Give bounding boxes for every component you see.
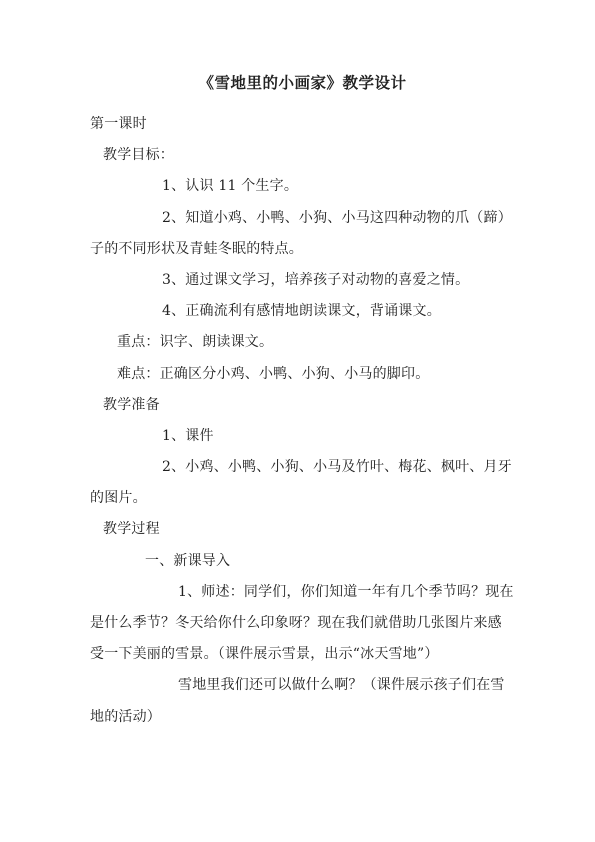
text-line-intro-2-wrap: 地的活动） xyxy=(90,702,515,733)
text-line-process-heading: 教学过程 xyxy=(103,514,515,545)
document-page: 《雪地里的小画家》教学设计 第一课时 教学目标： 1、认识 11 个生字。 2、… xyxy=(0,0,595,842)
text-line-prep-1: 1、课件 xyxy=(162,421,515,452)
text-line-intro-2: 雪地里我们还可以做什么啊？（课件展示孩子们在雪 xyxy=(178,670,515,701)
text-line-intro-1-wrap-a: 是什么季节？冬天给你什么印象呀？现在我们就借助几张图片来感 xyxy=(90,608,515,639)
text-line-goal-3: 3、通过课文学习，培养孩子对动物的喜爱之情。 xyxy=(162,265,515,296)
document-title: 《雪地里的小画家》教学设计 xyxy=(90,68,515,98)
document-content: 《雪地里的小画家》教学设计 第一课时 教学目标： 1、认识 11 个生字。 2、… xyxy=(90,68,515,733)
text-line-goal-2-wrap: 子的不同形状及青蛙冬眠的特点。 xyxy=(90,234,515,265)
text-line-goal-4: 4、正确流利有感情地朗读课文，背诵课文。 xyxy=(162,296,515,327)
text-line-prep-2-wrap: 的图片。 xyxy=(90,483,515,514)
text-line-prep-2: 2、小鸡、小鸭、小狗、小马及竹叶、梅花、枫叶、月牙 xyxy=(162,452,515,483)
text-line-section-lesson1: 第一课时 xyxy=(90,109,515,140)
text-line-goal-2: 2、知道小鸡、小鸭、小狗、小马这四种动物的爪（蹄） xyxy=(162,203,515,234)
text-line-intro-heading: 一、新课导入 xyxy=(145,546,515,577)
text-line-key-point: 重点：识字、朗读课文。 xyxy=(117,327,515,358)
text-line-goal-1: 1、认识 11 个生字。 xyxy=(162,171,515,202)
text-line-goals-heading: 教学目标： xyxy=(103,140,515,171)
text-line-intro-1: 1、师述：同学们，你们知道一年有几个季节吗？现在 xyxy=(178,577,515,608)
text-line-difficult-point: 难点：正确区分小鸡、小鸭、小狗、小马的脚印。 xyxy=(117,359,515,390)
text-line-intro-1-wrap-b: 受一下美丽的雪景。（课件展示雪景，出示“冰天雪地”） xyxy=(90,639,515,670)
text-line-prep-heading: 教学准备 xyxy=(103,390,515,421)
